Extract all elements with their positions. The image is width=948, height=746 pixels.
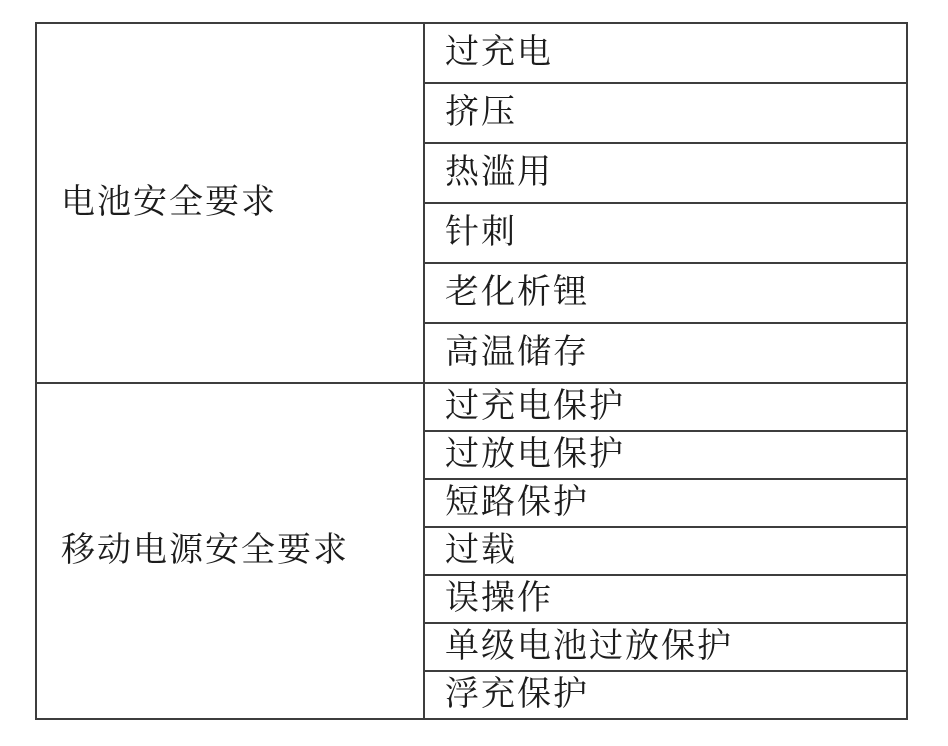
table-row: 电池安全要求 过充电 [36, 23, 907, 83]
item-cell: 热滥用 [424, 143, 907, 203]
item-cell: 高温储存 [424, 323, 907, 383]
item-cell: 老化析锂 [424, 263, 907, 323]
safety-requirements-table: 电池安全要求 过充电 挤压 热滥用 针刺 老化析锂 高温储存 移动电源安全要求 … [35, 22, 908, 720]
category-cell-battery-safety: 电池安全要求 [36, 23, 424, 383]
item-cell: 浮充保护 [424, 671, 907, 719]
category-cell-powerbank-safety: 移动电源安全要求 [36, 383, 424, 719]
item-cell: 过放电保护 [424, 431, 907, 479]
item-cell: 过充电保护 [424, 383, 907, 431]
item-cell: 过载 [424, 527, 907, 575]
item-cell: 针刺 [424, 203, 907, 263]
item-cell: 过充电 [424, 23, 907, 83]
table-row: 移动电源安全要求 过充电保护 [36, 383, 907, 431]
item-cell: 误操作 [424, 575, 907, 623]
item-cell: 短路保护 [424, 479, 907, 527]
item-cell: 单级电池过放保护 [424, 623, 907, 671]
item-cell: 挤压 [424, 83, 907, 143]
document-page: 电池安全要求 过充电 挤压 热滥用 针刺 老化析锂 高温储存 移动电源安全要求 … [0, 0, 948, 746]
